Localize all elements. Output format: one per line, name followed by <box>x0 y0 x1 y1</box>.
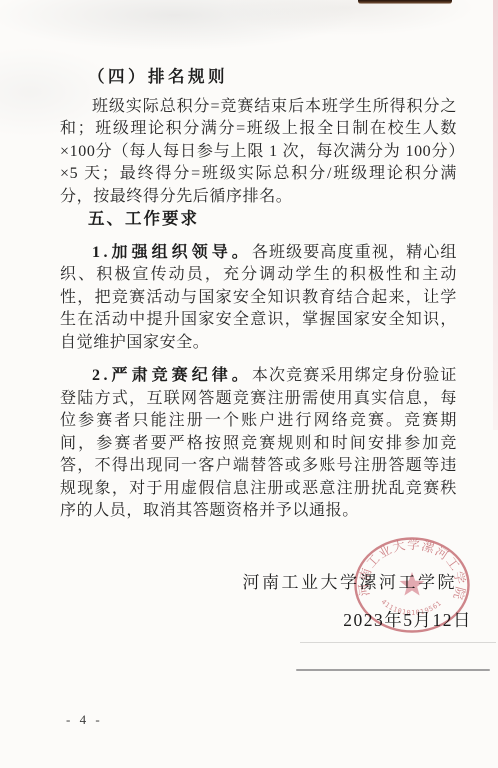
section-heading-work-requirements: 五、工作要求 <box>60 208 457 231</box>
paragraph-ranking-rules: 班级实际总积分=竞赛结束后本班学生所得积分之和；班级理论积分满分=班级上报全日制… <box>60 96 457 209</box>
scan-artifact-top-strip <box>358 0 452 4</box>
official-seal: 河南工业大学漯河工学院 41110101019561 <box>350 533 474 637</box>
scan-fold-line-upper <box>300 642 496 643</box>
paragraph-item-2: 2.严肃竞赛纪律。本次竞赛采用绑定身份验证登陆方式，互联网答题竞赛注册需使用真实… <box>60 365 457 523</box>
seal-star-icon <box>400 572 425 596</box>
item-2-text: 本次竞赛采用绑定身份验证登陆方式，互联网答题竞赛注册需使用真实信息，每位参赛者只… <box>60 367 457 519</box>
seal-serial-text: 41110101019561 <box>379 598 443 617</box>
scan-fold-line-lower <box>296 669 490 671</box>
page-number: - 4 - <box>66 712 103 728</box>
item-1-lead: 1.加强组织领导。 <box>92 244 252 261</box>
item-2-lead: 2.严肃竞赛纪律。 <box>92 367 252 384</box>
seal-ring-text-path: 河南工业大学漯河工学院 <box>356 537 467 602</box>
document-body: （四）排名规则 班级实际总积分=竞赛结束后本班学生所得积分之和；班级理论积分满分… <box>60 66 457 523</box>
scanned-document-page: { "document": { "section4_heading": "（四）… <box>0 0 498 768</box>
seal-ring-text: 河南工业大学漯河工学院 <box>356 537 467 602</box>
section-heading-ranking-rules: （四）排名规则 <box>60 66 457 89</box>
scan-artifact-right-edge <box>493 0 498 430</box>
seal-serial-text-path: 41110101019561 <box>379 598 443 617</box>
paragraph-item-1: 1.加强组织领导。各班级要高度重视，精心组织、积极宣传动员，充分调动学生的积极性… <box>60 242 457 355</box>
